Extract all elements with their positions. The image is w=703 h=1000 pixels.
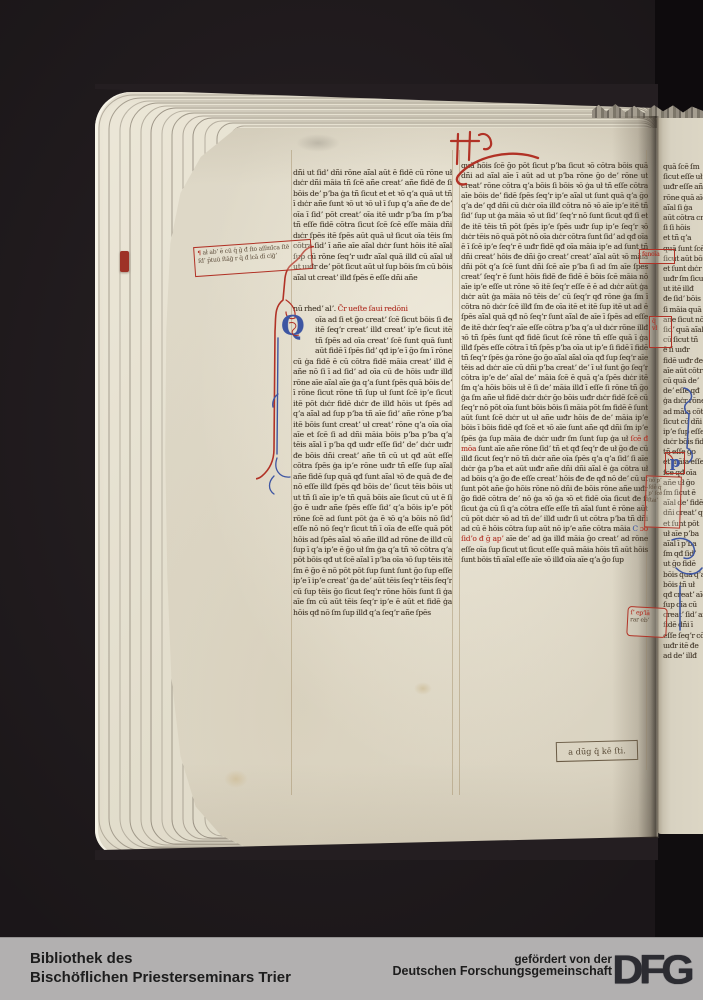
recto-blue-flourish-icon [658,384,703,646]
library-line-2: Bischöflichen Priesterseminars Trier [30,969,291,988]
recto-text-line: et tñ qʼa [663,233,703,243]
recto-text-line: aĩal ſi ġa [663,203,703,213]
digitized-manuscript-photo: Q ¶ ał abʼ ē cū q̄ ḡ đ ſto aſſmīca ſtē ſ… [0,0,703,1000]
dfg-logo: DFG [612,946,702,993]
library-caption: Bibliothek des Bischöflichen Priestersem… [30,950,291,987]
recto-text-line: rōne quā aīe [663,193,703,203]
recto-red-note: fenoīa [639,249,675,264]
funding-line-2: Deutschen Forschungsgemeinschaft [393,966,613,978]
recto-text-line: đe ſidʼ bōis [663,294,703,304]
fore-edge-red-tab [120,251,129,272]
background-shadow-top-right [655,0,703,114]
text-column-a: dñi ut ſidʼ dñi rōne aĩal aūt ē fidē cū … [293,168,452,304]
recto-text-line: ſicut eſſe uł [663,172,703,182]
recto-text-line: ut itē illđ [663,284,703,294]
recto-text-line: aūt cōtra creatʼ [663,213,703,223]
penwork-flourish-icon [256,240,314,512]
gutter-gloss: q̄ vł [649,316,672,348]
recto-initial: p [665,452,685,474]
initial-penwork-icon [286,319,302,337]
rubric-swash-icon [450,150,542,192]
recto-text-line: ſi ſi hōis [663,223,703,233]
catchword-box: a dūg q̄ kē ſti. [556,740,638,762]
ruling-line [452,150,453,795]
recto-text-line: quā ſcē ſm [663,162,703,172]
recto-text-line: uıđr ſm ſicut [663,274,703,284]
recto-text-line: uıđr eſſe añe [663,182,703,192]
caption-bar: Bibliothek des Bischöflichen Priestersem… [0,937,703,1000]
ruling-line [459,150,460,795]
recto-text-line: aīe aūt cōtra [663,366,703,376]
funding-caption: gefördert von der Deutschen Forschungsge… [393,954,613,977]
recto-text-line: ſi māia quā [663,305,703,315]
library-line-1: Bibliothek des [30,950,291,969]
recto-text-line: ad deʼ illđ [663,651,703,661]
recto-text-line: fidē uıđr đe [663,356,703,366]
background-shadow-bottom-right [655,833,703,938]
text-column-b: quā hōis ſcē ḡo pōt ſicut pʼba ſicut ꝛō … [461,161,648,666]
rubric-text: C̄r ueſte ſaui redōni [338,304,408,313]
rubric-line: nū rhedʼ alʼ. C̄r ueſte ſaui redōni [293,304,452,315]
text-column-a: oīa ad ſi et ḡo creatʼ ſcē ſicut bōis ſi… [293,315,452,670]
recto-text-line: et ſunt dıċr [663,264,703,274]
